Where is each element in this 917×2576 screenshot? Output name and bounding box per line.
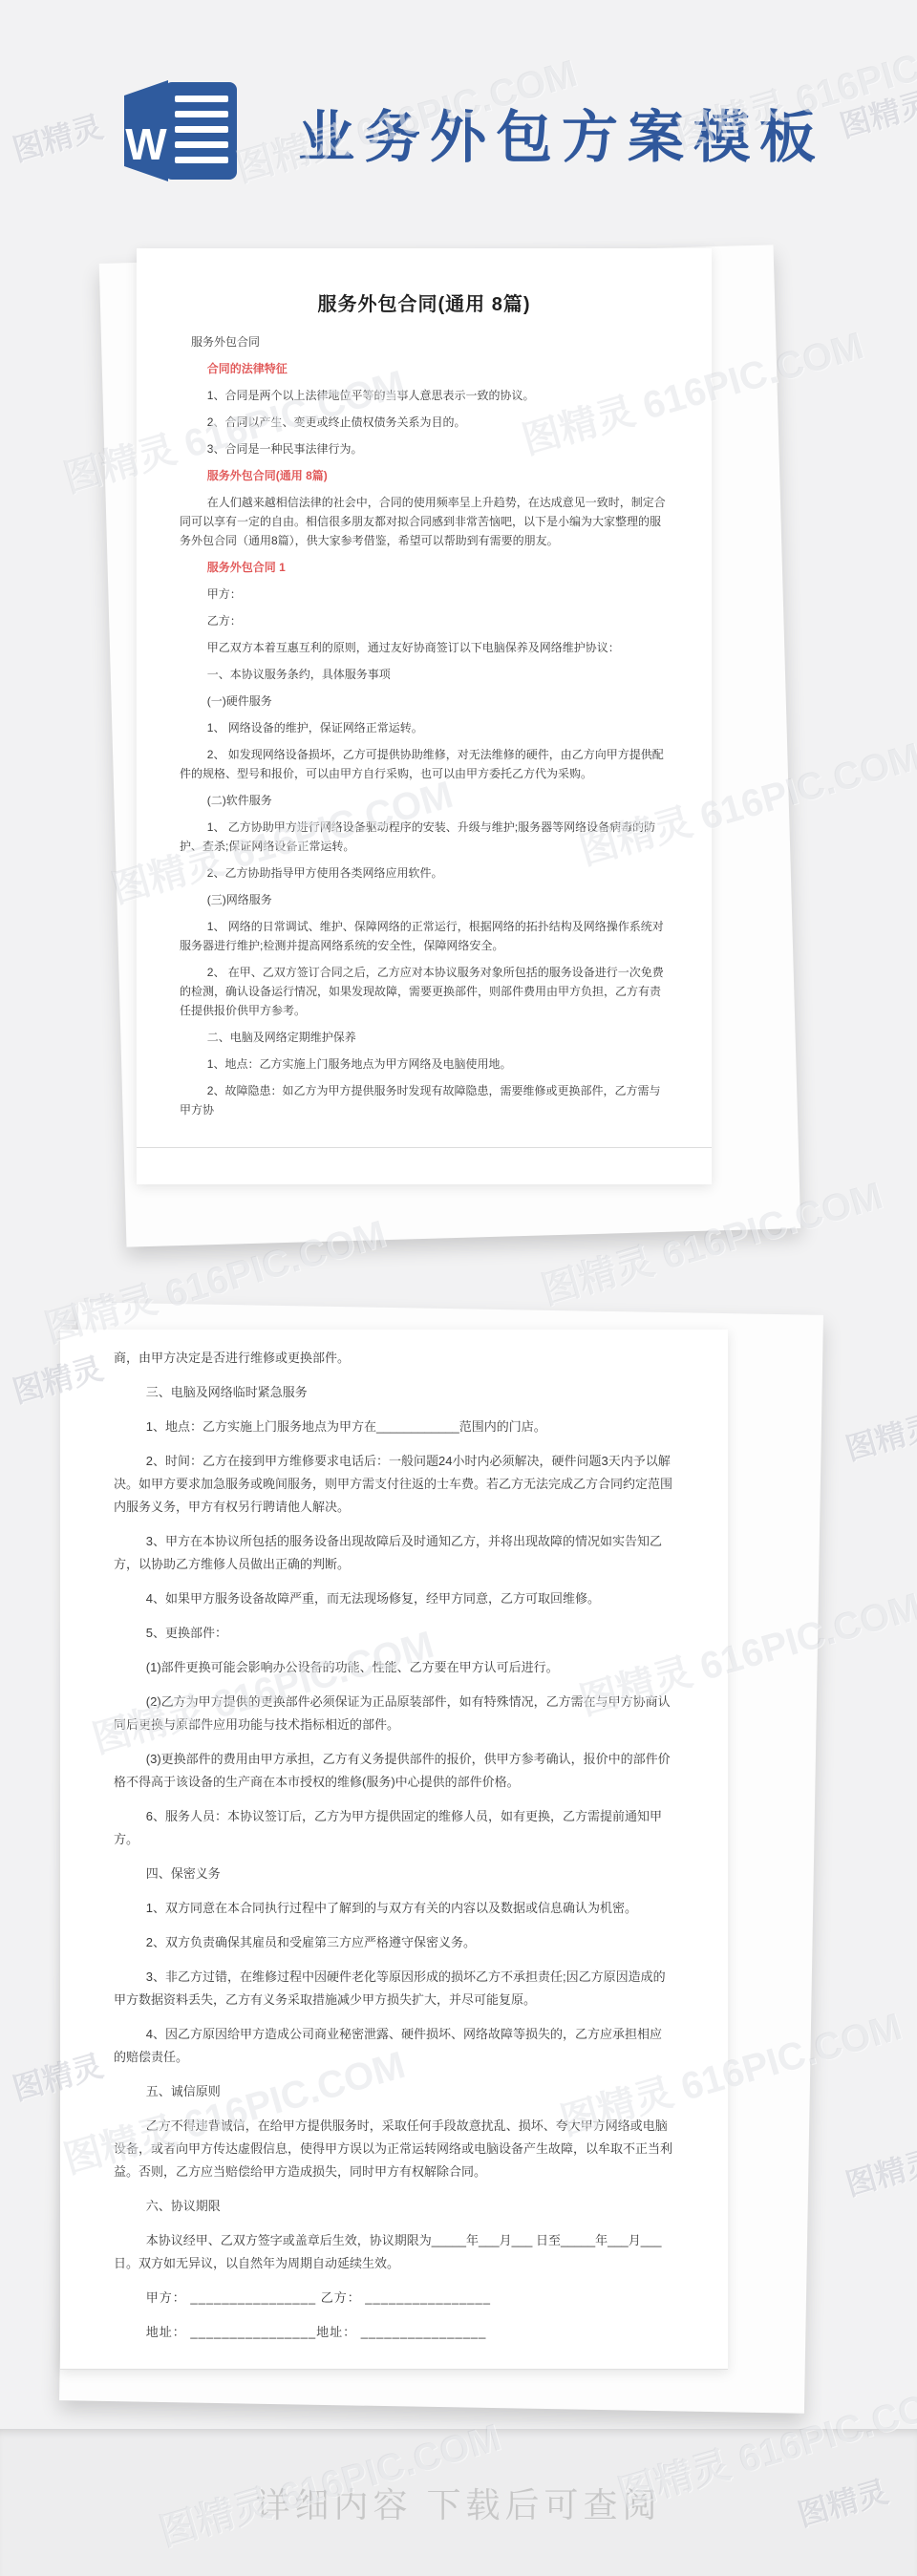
doc2-paragraph: 电话： ________________电话： ________________ — [114, 2355, 674, 2357]
doc2-paragraph: 六、协议期限 — [114, 2195, 674, 2218]
doc2-paragraph: 5、更换部件： — [114, 1622, 674, 1645]
template-preview-page: { "header": { "title": "业务外包方案模板", "logo… — [0, 0, 917, 2576]
doc1-paragraph: 服务外包合同 1 — [180, 558, 669, 577]
word-logo-icon: W — [120, 76, 243, 185]
doc2-paragraph: 2、时间：乙方在接到甲方维修要求电话后：一般问题24小时内必须解决，硬件问题3天… — [114, 1450, 674, 1519]
doc1-front-page: 服务外包合同(通用 8篇)服务外包合同合同的法律特征1、合同是两个以上法律地位平… — [137, 248, 712, 1184]
doc1-paragraph: 1、合同是两个以上法律地位平等的当事人意思表示一致的协议。 — [180, 386, 669, 405]
doc2-paragraph: 1、双方同意在本合同执行过程中了解到的与双方有关的内容以及数据或信息确认为机密。 — [114, 1897, 674, 1920]
doc1-content: 服务外包合同(通用 8篇)服务外包合同合同的法律特征1、合同是两个以上法律地位平… — [137, 248, 712, 1147]
doc1-paragraph: 2、 如发现网络设备损坏，乙方可提供协助维修，对无法维修的硬件，由乙方向甲方提供… — [180, 745, 669, 783]
doc1-paragraph: 1、 网络设备的维护，保证网络正常运转。 — [180, 718, 669, 737]
watermark-text: 图精灵 — [841, 2138, 917, 2205]
doc1-paragraph: 服务外包合同(通用 8篇) — [180, 466, 669, 485]
doc2-paragraph: (2)乙方为甲方提供的更换部件必须保证为正品原装部件，如有特殊情况，乙方需在与甲… — [114, 1691, 674, 1736]
doc1-paragraph: 二、电脑及网络定期维护保养 — [180, 1028, 669, 1047]
doc1-page-edge — [137, 1147, 712, 1148]
doc1-paragraph: 2、乙方协助指导甲方使用各类网络应用软件。 — [180, 863, 669, 883]
doc1-paragraph: 一、本协议服务条约，具体服务事项 — [180, 665, 669, 684]
doc1-paragraph: 3、合同是一种民事法律行为。 — [180, 439, 669, 458]
doc2-paragraph: 1、地点：乙方实施上门服务地点为甲方在____________范围内的门店。 — [114, 1416, 674, 1438]
doc1-paragraph: 在人们越来越相信法律的社会中，合同的使用频率呈上升趋势，在达成意见一致时，制定合… — [180, 493, 669, 550]
word-logo-letter: W — [125, 119, 167, 169]
doc2-paragraph: (1)部件更换可能会影响办公设备的功能、性能、乙方要在甲方认可后进行。 — [114, 1656, 674, 1679]
doc1-paragraph: 服务外包合同 — [180, 332, 669, 351]
doc2-paragraph: 甲方： ________________ 乙方： _______________… — [114, 2287, 674, 2310]
doc1-paragraph: (一)硬件服务 — [180, 692, 669, 711]
doc2-paragraph: 4、如果甲方服务设备故障严重，而无法现场修复，经甲方同意，乙方可取回维修。 — [114, 1587, 674, 1610]
doc2-paragraph: 地址： ________________地址： ________________ — [114, 2321, 674, 2344]
doc1-paragraph: 服务外包合同(通用 8篇) — [180, 292, 669, 317]
doc2-paragraph: 4、因乙方原因给甲方造成公司商业秘密泄露、硬件损坏、网络故障等损失的，乙方应承担… — [114, 2023, 674, 2069]
doc1-paragraph: 1、地点：乙方实施上门服务地点为甲方网络及电脑使用地。 — [180, 1054, 669, 1074]
doc1-paragraph: 2、故障隐患：如乙方为甲方提供服务时发现有故障隐患，需要维修或更换部件，乙方需与… — [180, 1081, 669, 1119]
doc2-paragraph: 乙方不得违背诚信，在给甲方提供服务时，采取任何手段故意扰乱、损坏、夸大甲方网络或… — [114, 2115, 674, 2183]
doc1-paragraph: 甲方： — [180, 585, 669, 604]
doc2-paragraph: 五、诚信原则 — [114, 2080, 674, 2103]
footer-band: 详细内容 下载后可查阅 — [0, 2429, 917, 2576]
doc1-paragraph: 甲乙双方本着互惠互利的原则，通过友好协商签订以下电脑保养及网络维护协议： — [180, 638, 669, 657]
doc1-paragraph: 乙方： — [180, 611, 669, 630]
doc2-front-page: 商，由甲方决定是否进行维修或更换部件。三、电脑及网络临时紧急服务1、地点：乙方实… — [60, 1330, 728, 2370]
watermark-text: 图精灵 — [841, 1402, 917, 1470]
doc1-paragraph: 1、 网络的日常调试、维护、保障网络的正常运行，根据网络的拓扑结构及网络操作系统… — [180, 917, 669, 955]
doc2-paragraph: 四、保密义务 — [114, 1863, 674, 1885]
doc2-paragraph: 本协议经甲、乙双方签字或盖章后生效，协议期限为_____年___月___ 日至_… — [114, 2229, 674, 2275]
doc1-paragraph: 1、 乙方协助甲方进行网络设备驱动程序的安装、升级与维护;服务器等网络设备病毒的… — [180, 818, 669, 856]
doc2-paragraph: (3)更换部件的费用由甲方承担，乙方有义务提供部件的报价，供甲方参考确认，报价中… — [114, 1748, 674, 1794]
doc2-paragraph: 三、电脑及网络临时紧急服务 — [114, 1381, 674, 1404]
doc2-paragraph: 6、服务人员：本协议签订后，乙方为甲方提供固定的维修人员，如有更换，乙方需提前通… — [114, 1805, 674, 1851]
doc2-paragraph: 商，由甲方决定是否进行维修或更换部件。 — [114, 1347, 674, 1370]
header: W 业务外包方案模板 — [0, 0, 917, 220]
doc1-paragraph: 2、合同以产生、变更或终止债权债务关系为目的。 — [180, 413, 669, 432]
doc1-paragraph: (二)软件服务 — [180, 791, 669, 810]
doc2-content: 商，由甲方决定是否进行维修或更换部件。三、电脑及网络临时紧急服务1、地点：乙方实… — [60, 1330, 728, 2357]
doc1-paragraph: 2、 在甲、乙双方签订合同之后，乙方应对本协议服务对象所包括的服务设备进行一次免… — [180, 963, 669, 1020]
doc2-paragraph: 3、甲方在本协议所包括的服务设备出现故障后及时通知乙方，并将出现故障的情况如实告… — [114, 1530, 674, 1576]
doc2-paragraph: 3、非乙方过错，在维修过程中因硬件老化等原因形成的损坏乙方不承担责任;因乙方原因… — [114, 1966, 674, 2012]
doc1-paragraph: (三)网络服务 — [180, 890, 669, 909]
footer-note: 详细内容 下载后可查阅 — [0, 2429, 917, 2527]
doc2-paragraph: 2、双方负责确保其雇员和受雇第三方应严格遵守保密义务。 — [114, 1931, 674, 1954]
doc1-paragraph: 合同的法律特征 — [180, 359, 669, 378]
page-title: 业务外包方案模板 — [298, 92, 825, 173]
